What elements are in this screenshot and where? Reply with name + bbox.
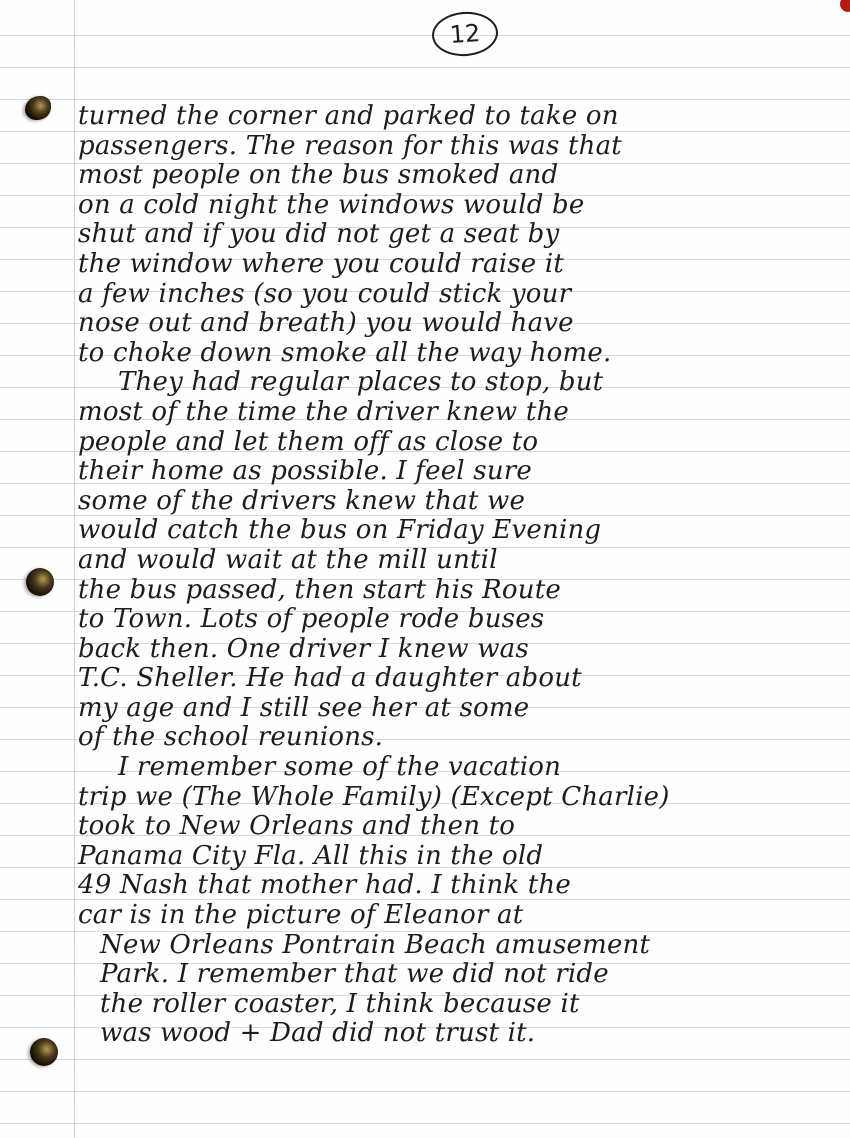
text-line: trip we (The Whole Family) (Except Charl… (78, 783, 838, 813)
text-line: the bus passed, then start his Route (78, 576, 838, 606)
page-number: 12 (431, 10, 500, 58)
margin-line (74, 0, 75, 1138)
text-line: would catch the bus on Friday Evening (78, 516, 838, 546)
corner-red-mark (840, 0, 850, 12)
text-line: turned the corner and parked to take on (78, 102, 838, 132)
text-line: my age and I still see her at some (78, 694, 838, 724)
paragraph-start-line: I remember some of the vacation (78, 753, 838, 783)
text-line: T.C. Sheller. He had a daughter about (78, 664, 838, 694)
text-line: a few inches (so you could stick your (78, 280, 838, 310)
text-line: to choke down smoke all the way home. (78, 339, 838, 369)
text-line: the window where you could raise it (78, 250, 838, 280)
text-line: passengers. The reason for this was that (78, 132, 838, 162)
text-line: and would wait at the mill until (78, 546, 838, 576)
text-line: took to New Orleans and then to (78, 812, 838, 842)
notebook-page: 12 turned the corner and parked to take … (0, 0, 850, 1138)
text-line: Panama City Fla. All this in the old (78, 842, 838, 872)
text-line: of the school reunions. (78, 723, 838, 753)
binder-hole-icon (25, 96, 51, 120)
text-line: some of the drivers knew that we (78, 487, 838, 517)
text-line: people and let them off as close to (78, 428, 838, 458)
text-line: the roller coaster, I think because it (78, 990, 838, 1020)
paragraph-start-line: They had regular places to stop, but (78, 368, 838, 398)
text-line: New Orleans Pontrain Beach amusement (78, 931, 838, 961)
text-line: on a cold night the windows would be (78, 191, 838, 221)
text-line: back then. One driver I knew was (78, 635, 838, 665)
handwritten-text: turned the corner and parked to take on … (78, 102, 838, 1049)
text-line: Park. I remember that we did not ride (78, 960, 838, 990)
binder-hole-icon (26, 568, 54, 596)
binder-hole-icon (30, 1038, 58, 1066)
text-line: nose out and breath) you would have (78, 309, 838, 339)
text-line: car is in the picture of Eleanor at (78, 901, 838, 931)
text-line: most of the time the driver knew the (78, 398, 838, 428)
text-line: was wood + Dad did not trust it. (78, 1019, 838, 1049)
text-line: 49 Nash that mother had. I think the (78, 871, 838, 901)
text-line: shut and if you did not get a seat by (78, 220, 838, 250)
text-line: most people on the bus smoked and (78, 161, 838, 191)
text-line: to Town. Lots of people rode buses (78, 605, 838, 635)
text-line: their home as possible. I feel sure (78, 457, 838, 487)
